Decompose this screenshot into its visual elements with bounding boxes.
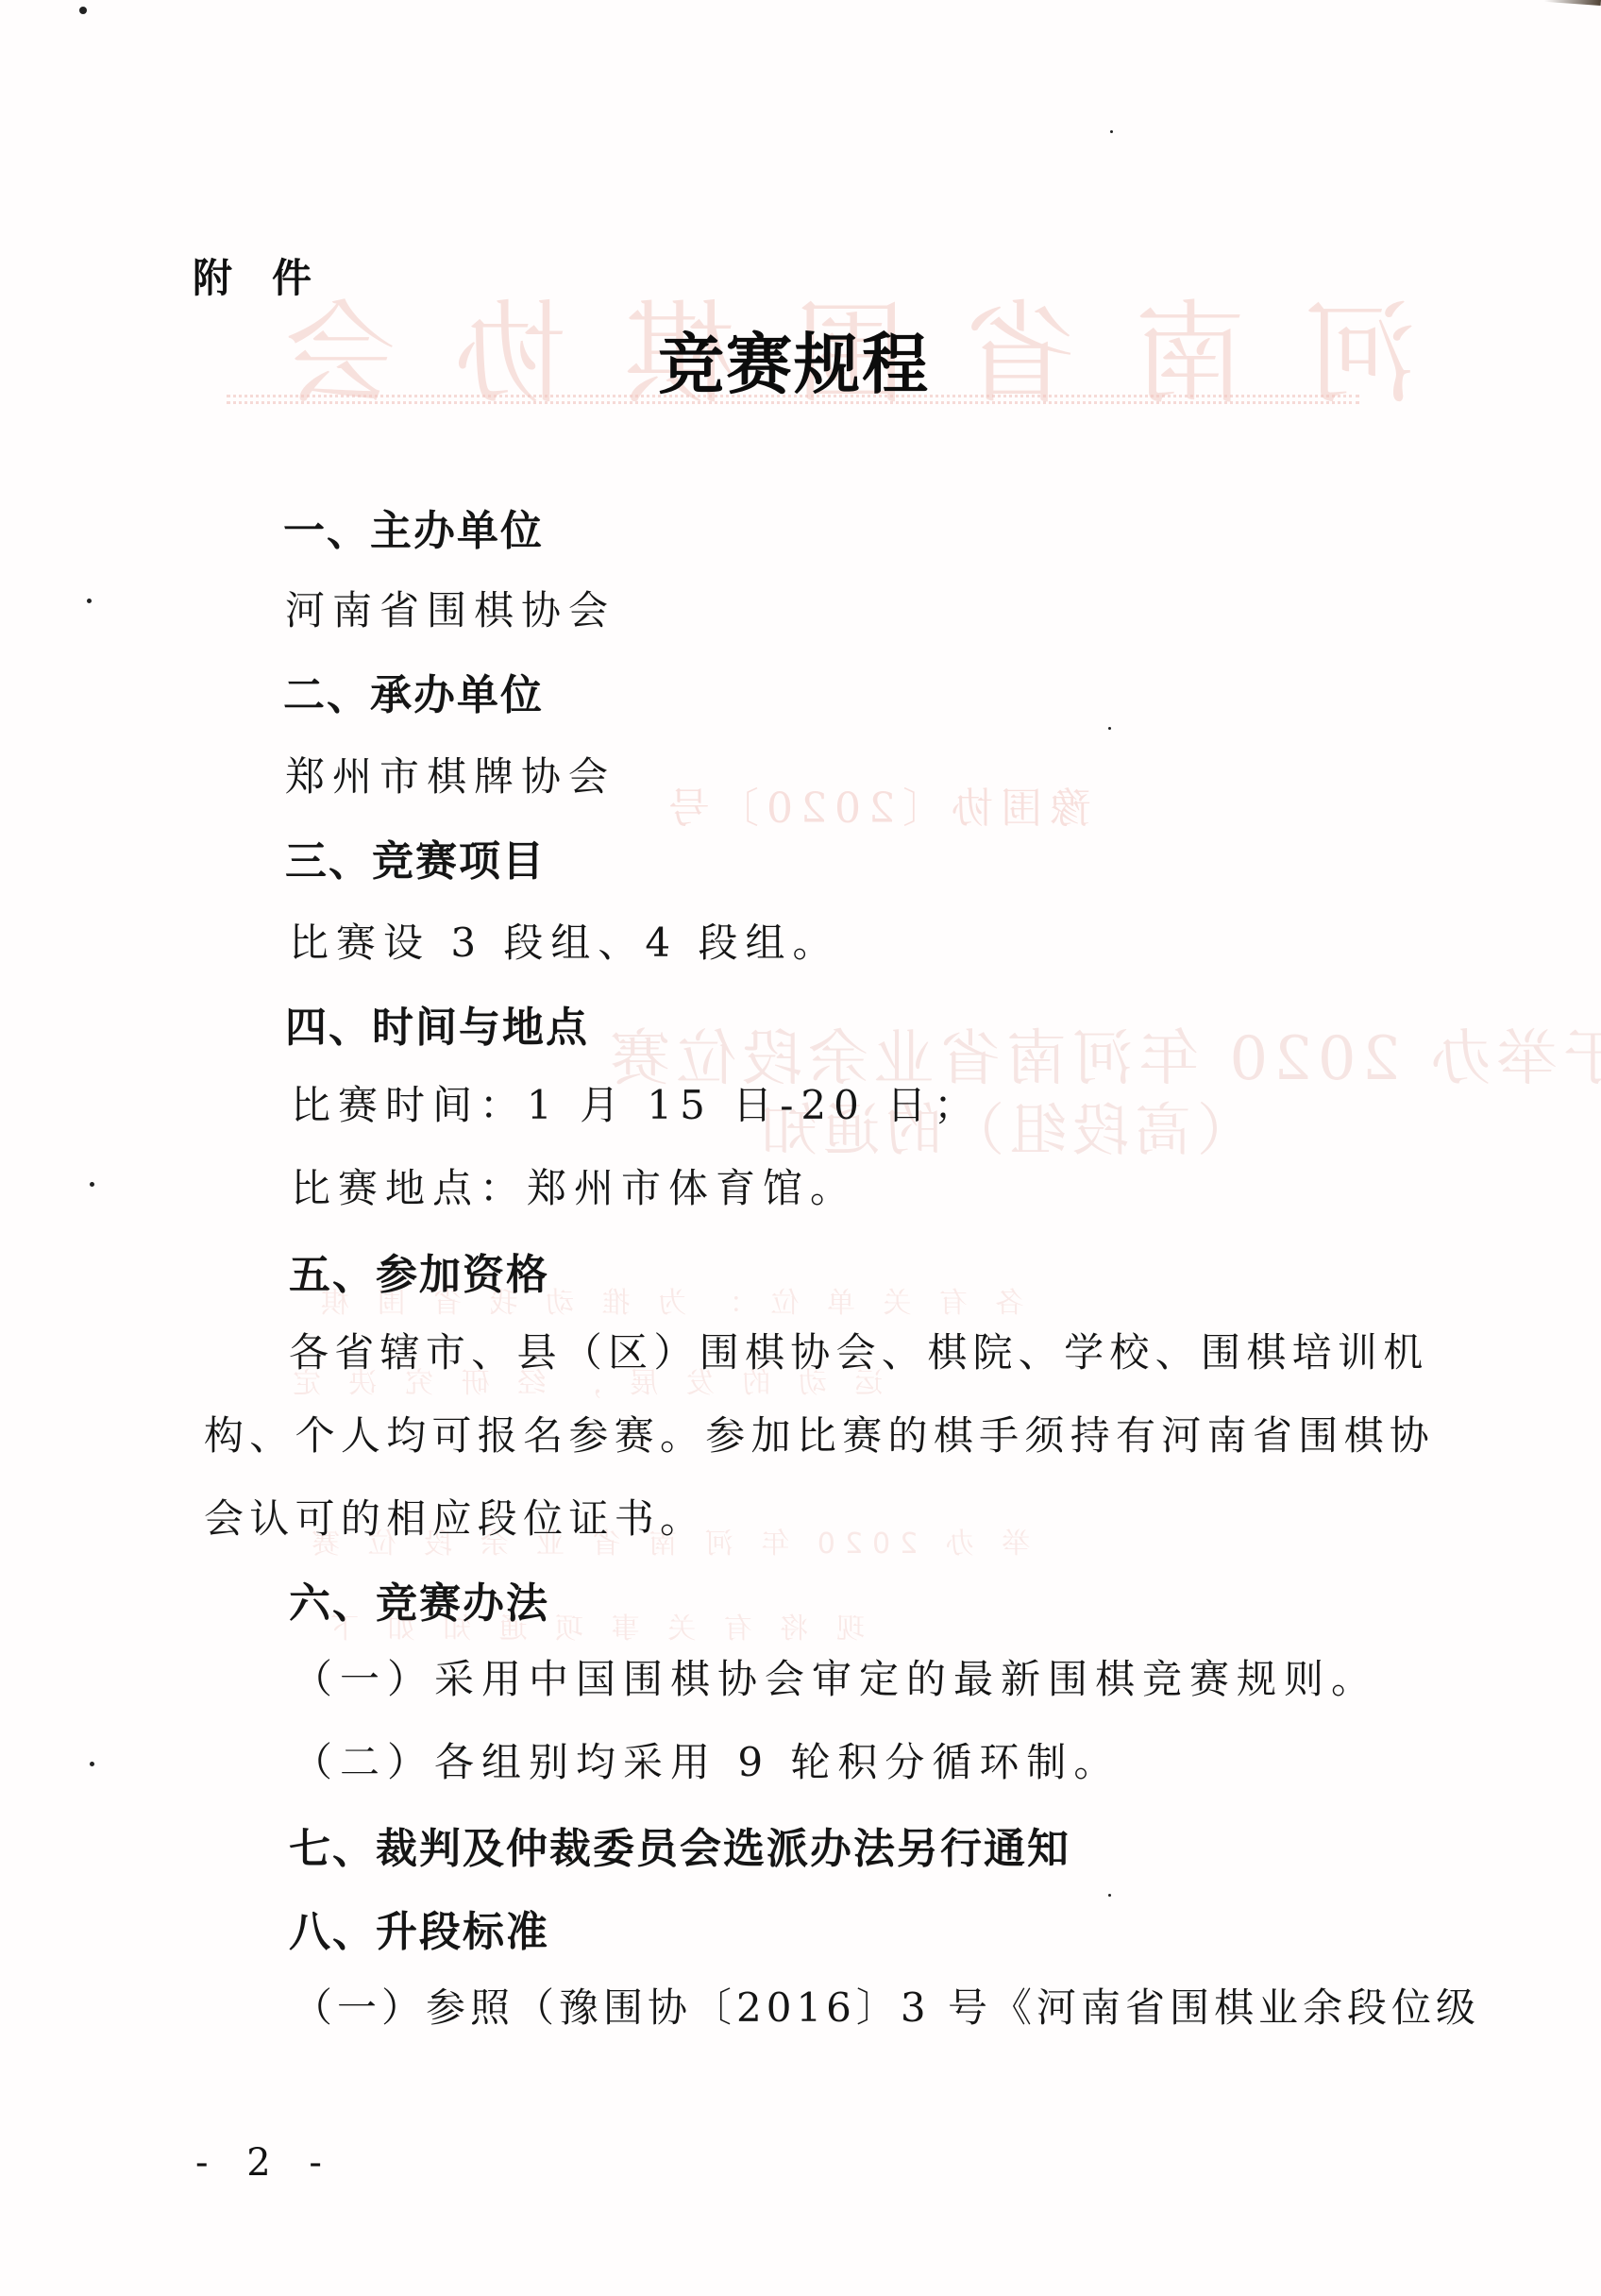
document-title-text: 竞赛规程 [658,312,930,407]
scan-speck [90,1762,94,1766]
eligibility-line-1: 各省辖市、县（区）围棋协会、棋院、学校、围棋培训机 [289,1322,1429,1378]
events-description: 比赛设 3 段组、4 段组。 [289,912,840,969]
host-organization: 河南省围棋协会 [285,580,615,636]
competition-time: 比赛时间：1 月 15 日-20 日； [291,1074,981,1131]
page-corner-shadow [1544,0,1601,6]
section-heading-host: 一、主办单位 [283,497,544,557]
section-heading-eligibility: 五、参加资格 [289,1241,549,1301]
scan-speck [79,7,87,14]
scan-speck [1108,727,1111,730]
scan-speck [90,1182,94,1187]
document-title: 竞赛规程 [0,312,1601,407]
method-item-2: （二）各组别均采用 9 轮积分循环制。 [293,1731,1121,1788]
section-heading-promotion: 八、升段标准 [289,1898,549,1958]
page-number: - 2 - [195,2141,335,2185]
section-heading-method: 六、竞赛办法 [289,1569,549,1629]
attachment-label: 附件 [193,247,351,304]
promotion-item-1: （一）参照（豫围协〔2016〕3 号《河南省围棋业余段位级 [293,1977,1480,2034]
scan-speck [87,599,92,603]
section-heading-organizer: 二、承办单位 [283,661,544,721]
organizer-organization: 郑州市棋牌协会 [285,746,615,802]
bleed-through-doc-number: 豫围协〔2020〕号 [661,774,1091,835]
eligibility-line-2: 构、个人均可报名参赛。参加比赛的棋手须持有河南省围棋协 [204,1405,1435,1461]
section-heading-referees: 七、裁判及仲裁委员会选派办法另行通知 [289,1815,1070,1875]
scan-speck [1108,1894,1111,1897]
scanned-page: 河南省围棋协会 豫围协〔2020〕号 关于举办 2020 年河南省业余段位赛 （… [0,0,1601,2296]
method-item-1: （一）采用中国围棋协会审定的最新围棋竞赛规则。 [293,1648,1378,1705]
eligibility-line-3: 会认可的相应段位证书。 [204,1488,705,1545]
scan-speck [1110,130,1113,133]
section-heading-events: 三、竞赛项目 [285,827,546,887]
competition-venue: 比赛地点：郑州市体育馆。 [291,1157,857,1214]
section-heading-time-place: 四、时间与地点 [285,993,589,1054]
